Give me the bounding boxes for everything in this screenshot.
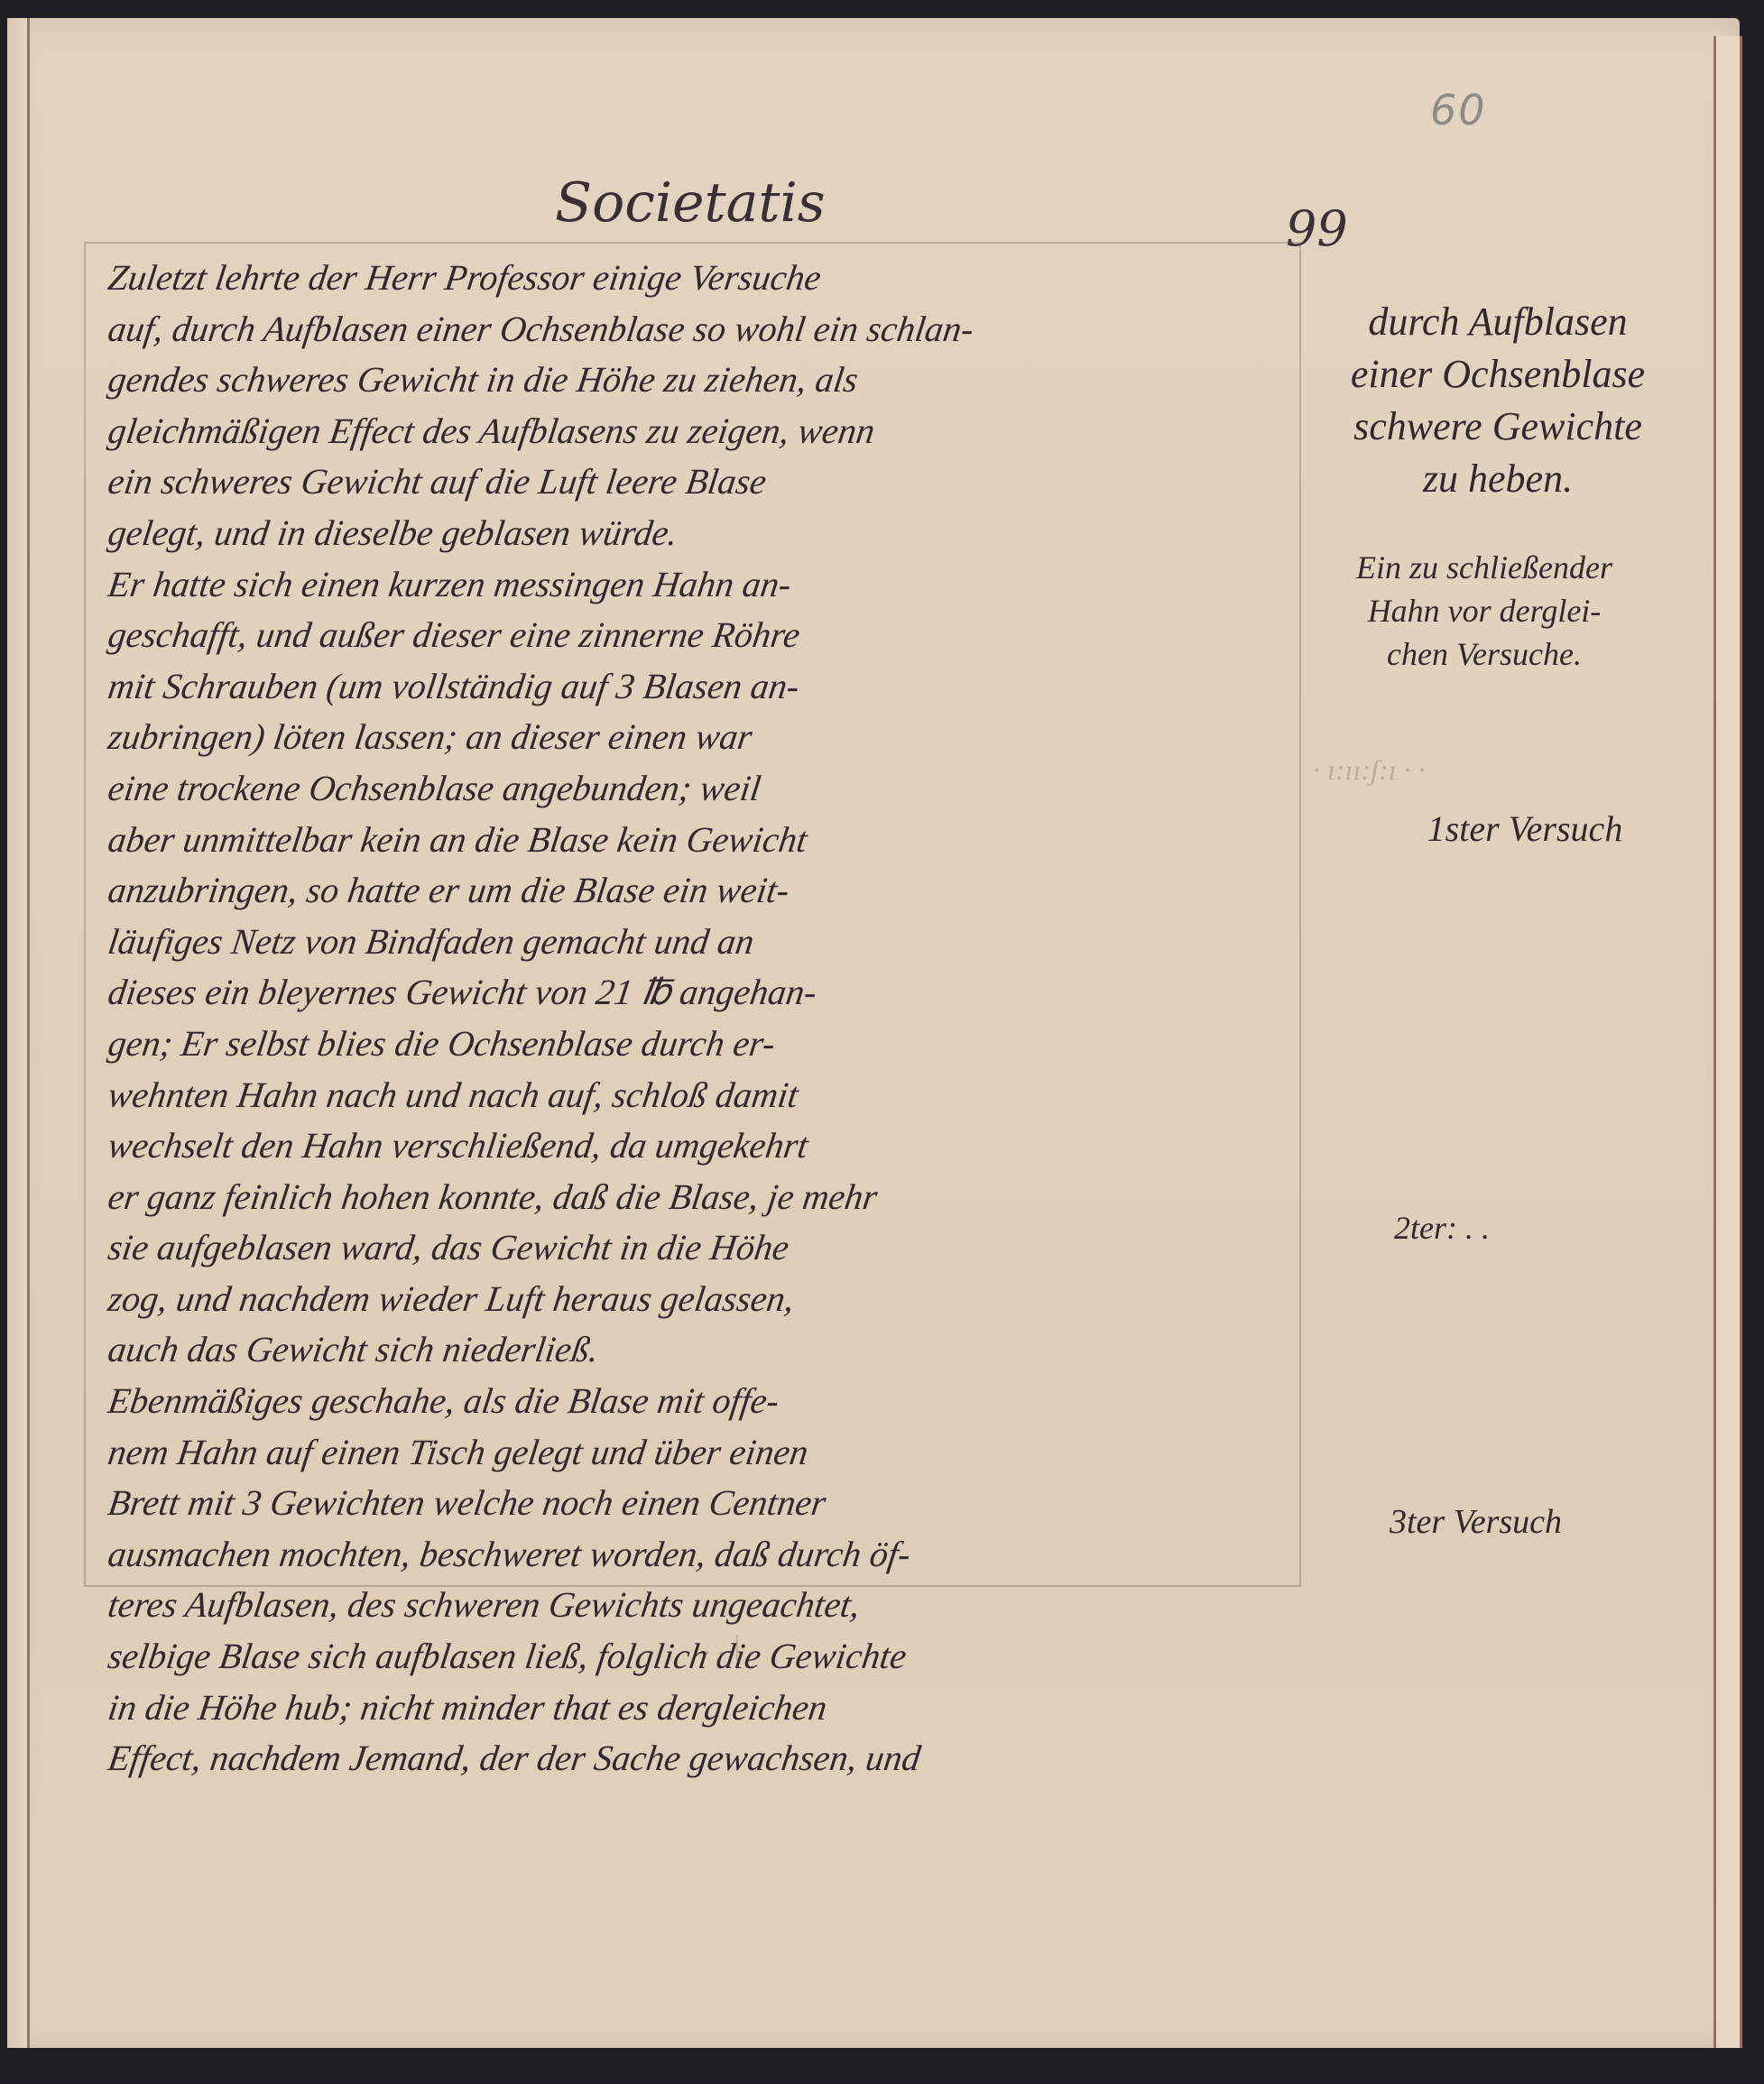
body-line: er ganz feinlich hohen konnte, daß die B… [105,1172,1312,1223]
body-line: teres Aufblasen, des schweren Gewichts u… [105,1580,1312,1631]
page-heading: Societatis [555,171,826,235]
margin-note-line: einer Ochsenblase [1299,348,1696,401]
body-line: Effect, nachdem Jemand, der der Sache ge… [105,1733,1312,1784]
body-line: wehnten Hahn nach und nach auf, schloß d… [105,1070,1312,1121]
body-line: eine trockene Ochsenblase angebunden; we… [105,763,1312,815]
body-line: in die Höhe hub; nicht minder that es de… [105,1683,1312,1734]
ink-bleed-through: . . | . [704,1628,755,1662]
body-line: sie aufgeblasen ward, das Gewicht in die… [105,1222,1312,1274]
margin-note-line: Hahn vor derglei- [1326,589,1642,632]
body-line: gleichmäßigen Effect des Aufblasens zu z… [105,406,1312,457]
margin-note-line: chen Versuche. [1326,632,1642,676]
body-line: wechselt den Hahn verschließend, da umge… [105,1120,1312,1172]
ink-bleed-through: · ı:ıı:ʃ:ı · · [1313,753,1426,787]
body-line: läufiges Netz von Bindfaden gemacht und … [105,917,1312,968]
body-line: gendes schweres Gewicht in die Höhe zu z… [105,355,1312,406]
margin-note-experiment-3: 3ter Versuch [1390,1502,1606,1542]
body-line: Brett mit 3 Gewichten welche noch einen … [105,1478,1312,1529]
body-line: dieses ein bleyernes Gewicht von 21 ℔ an… [105,967,1312,1019]
body-line: gen; Er selbst blies die Ochsenblase dur… [105,1019,1312,1070]
page-fore-edge [1713,36,1742,2048]
body-line: nem Hahn auf einen Tisch gelegt und über… [105,1427,1312,1479]
binding-gutter [7,18,30,2048]
margin-note-line: schwere Gewichte [1299,401,1696,453]
margin-note-line: zu heben. [1299,453,1696,505]
body-line: zog, und nachdem wieder Luft heraus gela… [105,1274,1312,1325]
body-line: Zuletzt lehrte der Herr Professor einige… [105,253,1312,304]
body-line: mit Schrauben (um vollständig auf 3 Blas… [105,661,1312,713]
margin-note-line: Ein zu schließender [1326,546,1642,589]
body-line: ausmachen mochten, beschweret worden, da… [105,1529,1312,1581]
body-line: zubringen) löten lassen; an dieser einen… [105,712,1312,763]
body-line: auf, durch Aufblasen einer Ochsenblase s… [105,304,1312,355]
body-line: ein schweres Gewicht auf die Luft leere … [105,456,1312,508]
folio-number: 60 [1430,86,1487,134]
body-line: auch das Gewicht sich niederließ. [105,1324,1312,1376]
margin-note-valve: Ein zu schließender Hahn vor derglei- ch… [1326,546,1642,676]
body-text: Zuletzt lehrte der Herr Professor einige… [108,253,1308,1784]
body-line: anzubringen, so hatte er um die Blase ei… [105,865,1312,917]
margin-note-experiment-2: 2ter: . . [1394,1209,1556,1247]
body-line: aber unmittelbar kein an die Blase kein … [105,815,1312,866]
body-line: Ebenmäßiges geschahe, als die Blase mit … [105,1376,1312,1427]
body-line: Er hatte sich einen kurzen messingen Hah… [105,559,1312,611]
margin-note-line: durch Aufblasen [1299,296,1696,348]
body-line: geschafft, und außer dieser eine zinnern… [105,610,1312,661]
margin-note-experiment-1: 1ster Versuch [1408,807,1642,850]
body-line: gelegt, und in dieselbe geblasen würde. [105,508,1312,559]
margin-note-title: durch Aufblasen einer Ochsenblase schwer… [1299,296,1696,505]
